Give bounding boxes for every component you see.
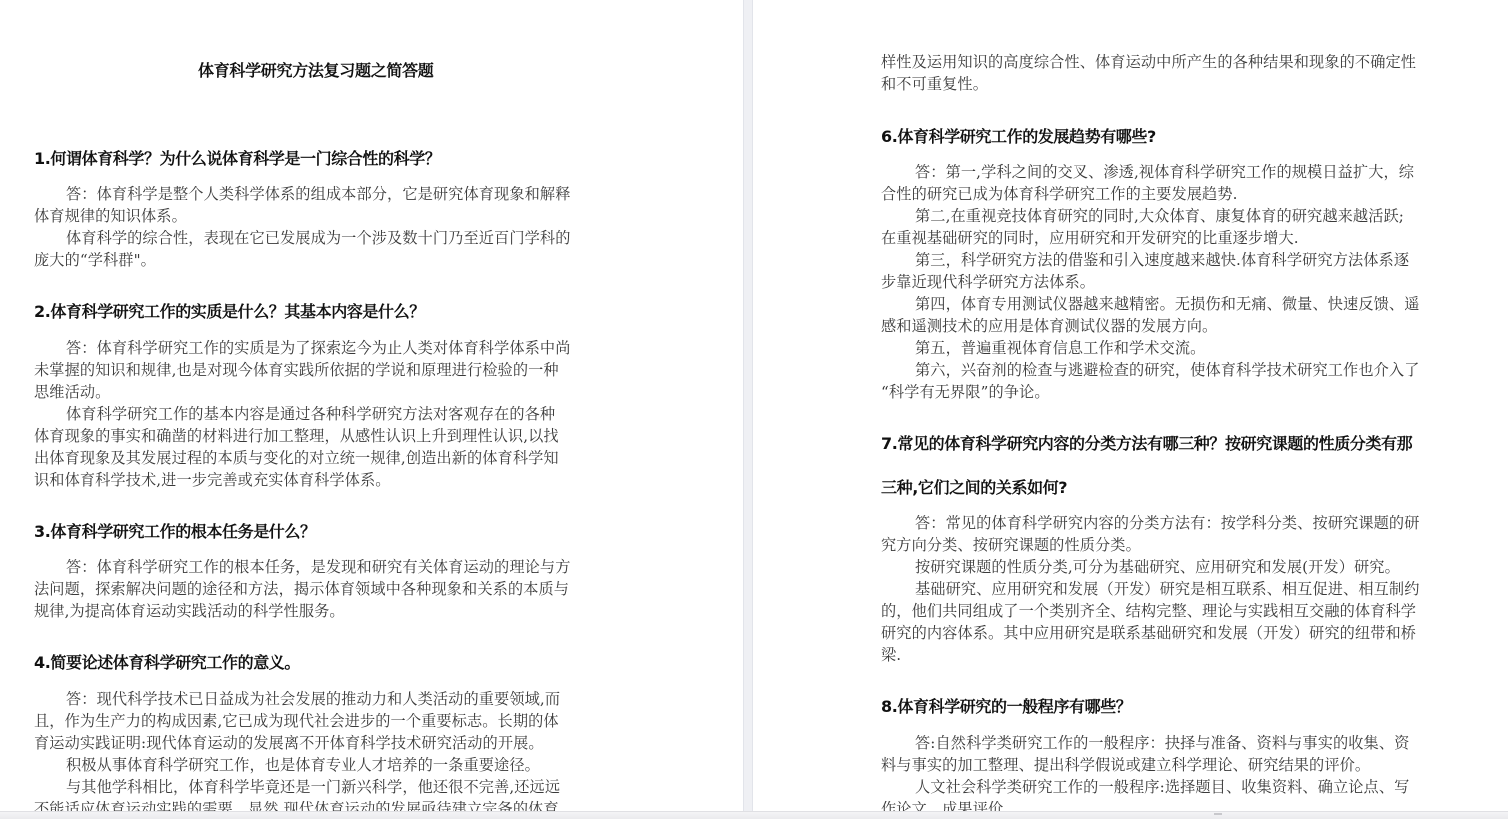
answer-line: 的，他们共同组成了一个类别齐全、结构完整、理论与实践相互交融的体育科学 bbox=[881, 600, 1416, 622]
answer-line: 且，作为生产力的构成因素,它已成为现代社会进步的一个重要标志。长期的体 bbox=[34, 710, 559, 732]
answer-line: 答：体育科学研究工作的实质是为了探索迄今为止人类对体育科学体系中尚 bbox=[66, 337, 571, 359]
answer-line: 步靠近现代科学研究方法体系。 bbox=[881, 271, 1095, 293]
answer-line: 答：体育科学是整个人类科学体系的组成本部分，它是研究体育现象和解释 bbox=[66, 183, 571, 205]
question-heading: 3.体育科学研究工作的根本任务是什么？ bbox=[34, 521, 316, 543]
answer-line: 积极从事体育科学研究工作，也是体育专业人才培养的一条重要途径。 bbox=[66, 754, 540, 776]
answer-line: 育运动实践证明:现代体育运动的发展离不开体育科学技术研究活动的开展。 bbox=[34, 732, 544, 754]
answer-line: 合性的研究已成为体育科学研究工作的主要发展趋势. bbox=[881, 183, 1238, 205]
question-heading: 6.体育科学研究工作的发展趋势有哪些? bbox=[881, 126, 1156, 148]
answer-line: 基础研究、应用研究和发展（开发）研究是相互联系、相互促进、相互制约 bbox=[915, 578, 1420, 600]
answer-line: 庞大的“学科群"。 bbox=[34, 249, 156, 271]
answer-line: 和不可重复性。 bbox=[881, 73, 988, 95]
question-heading: 7.常见的体育科学研究内容的分类方法有哪三种？按研究课题的性质分类有那 bbox=[881, 433, 1412, 455]
question-heading: 8.体育科学研究的一般程序有哪些？ bbox=[881, 696, 1131, 718]
answer-line: 梁. bbox=[881, 644, 901, 666]
answer-line: 答：第一,学科之间的交叉、渗透,视体育科学研究工作的规模日益扩大，综 bbox=[915, 161, 1414, 183]
question-heading: 1.何谓体育科学？为什么说体育科学是一门综合性的科学？ bbox=[34, 148, 440, 170]
answer-line: 在重视基础研究的同时，应用研究和开发研究的比重逐步增大. bbox=[881, 227, 1299, 249]
answer-line: 答:自然科学类研究工作的一般程序：抉择与准备、资料与事实的收集、资 bbox=[915, 732, 1409, 754]
document-page-left: 体育科学研究方法复习题之简答题 1.何谓体育科学？为什么说体育科学是一门综合性的… bbox=[0, 0, 743, 813]
document-page-right: 样性及运用知识的高度综合性、体育运动中所产生的各种结果和现象的不确定性 和不可重… bbox=[753, 0, 1508, 813]
resize-handle-icon[interactable] bbox=[1214, 813, 1222, 815]
answer-line: 体育规律的知识体系。 bbox=[34, 205, 187, 227]
answer-line: 答：常见的体育科学研究内容的分类方法有：按学科分类、按研究课题的研 bbox=[915, 512, 1420, 534]
answer-line: 究方向分类、按研究课题的性质分类。 bbox=[881, 534, 1141, 556]
document-title: 体育科学研究方法复习题之简答题 bbox=[198, 60, 434, 82]
answer-line: 体育科学的综合性，表现在它已发展成为一个涉及数十门乃至近百门学科的 bbox=[66, 227, 571, 249]
answer-line: 答：体育科学研究工作的根本任务，是发现和研究有关体育运动的理论与方 bbox=[66, 556, 571, 578]
answer-line: 第六，兴奋剂的检查与逃避检查的研究，使体育科学技术研究工作也介入了 bbox=[915, 359, 1420, 381]
answer-line: 识和体育科学技术,进一步完善或充实体育科学体系。 bbox=[34, 469, 391, 491]
answer-line: 未掌握的知识和规律,也是对现今体育实践所依据的学说和原理进行检验的一种 bbox=[34, 359, 559, 381]
question-heading: 2.体育科学研究工作的实质是什么？其基本内容是什么？ bbox=[34, 301, 425, 323]
answer-line: 按研究课题的性质分类,可分为基础研究、应用研究和发展(开发）研究。 bbox=[915, 556, 1400, 578]
question-heading: 三种,它们之间的关系如何? bbox=[881, 477, 1067, 499]
answer-line: 感和遥测技术的应用是体育测试仪器的发展方向。 bbox=[881, 315, 1217, 337]
answer-line: 第四，体育专用测试仪器越来越精密。无损伤和无痛、微量、快速反馈、遥 bbox=[915, 293, 1420, 315]
question-heading: 4.简要论述体育科学研究工作的意义。 bbox=[34, 652, 300, 674]
answer-line: 答：现代科学技术已日益成为社会发展的推动力和人类活动的重要领域,而 bbox=[66, 688, 560, 710]
answer-line: 人文社会科学类研究工作的一般程序:选择题目、收集资料、确立论点、写 bbox=[915, 776, 1409, 798]
viewer-bottom-bar bbox=[0, 811, 1508, 819]
answer-line: 与其他学科相比，体育科学毕竟还是一门新兴科学，他还很不完善,还远远 bbox=[66, 776, 560, 798]
answer-line: 第五，普遍重视体育信息工作和学术交流。 bbox=[915, 337, 1205, 359]
answer-line: 样性及运用知识的高度综合性、体育运动中所产生的各种结果和现象的不确定性 bbox=[881, 51, 1416, 73]
answer-line: 思维活动。 bbox=[34, 381, 110, 403]
page-gutter bbox=[743, 0, 753, 813]
answer-line: 规律,为提高体育运动实践活动的科学性服务。 bbox=[34, 600, 345, 622]
answer-line: 第二,在重视竞技体育研究的同时,大众体育、康复体育的研究越来越活跃; bbox=[915, 205, 1404, 227]
answer-line: 出体育现象及其发展过程的本质与变化的对立统一规律,创造出新的体育科学知 bbox=[34, 447, 559, 469]
answer-line: 第三，科学研究方法的借鉴和引入速度越来越快.体育科学研究方法体系逐 bbox=[915, 249, 1409, 271]
answer-line: 法问题，探索解决问题的途径和方法，揭示体育领域中各种现象和关系的本质与 bbox=[34, 578, 569, 600]
answer-line: 体育现象的事实和确凿的材料进行加工整理，从感性认识上升到理性认识,以找 bbox=[34, 425, 559, 447]
answer-line: 体育科学研究工作的基本内容是通过各种科学研究方法对客观存在的各种 bbox=[66, 403, 555, 425]
answer-line: “科学有无界限”的争论。 bbox=[881, 381, 1050, 403]
answer-line: 研究的内容体系。其中应用研究是联系基础研究和发展（开发）研究的纽带和桥 bbox=[881, 622, 1416, 644]
answer-line: 料与事实的加工整理、提出科学假说或建立科学理论、研究结果的评价。 bbox=[881, 754, 1370, 776]
